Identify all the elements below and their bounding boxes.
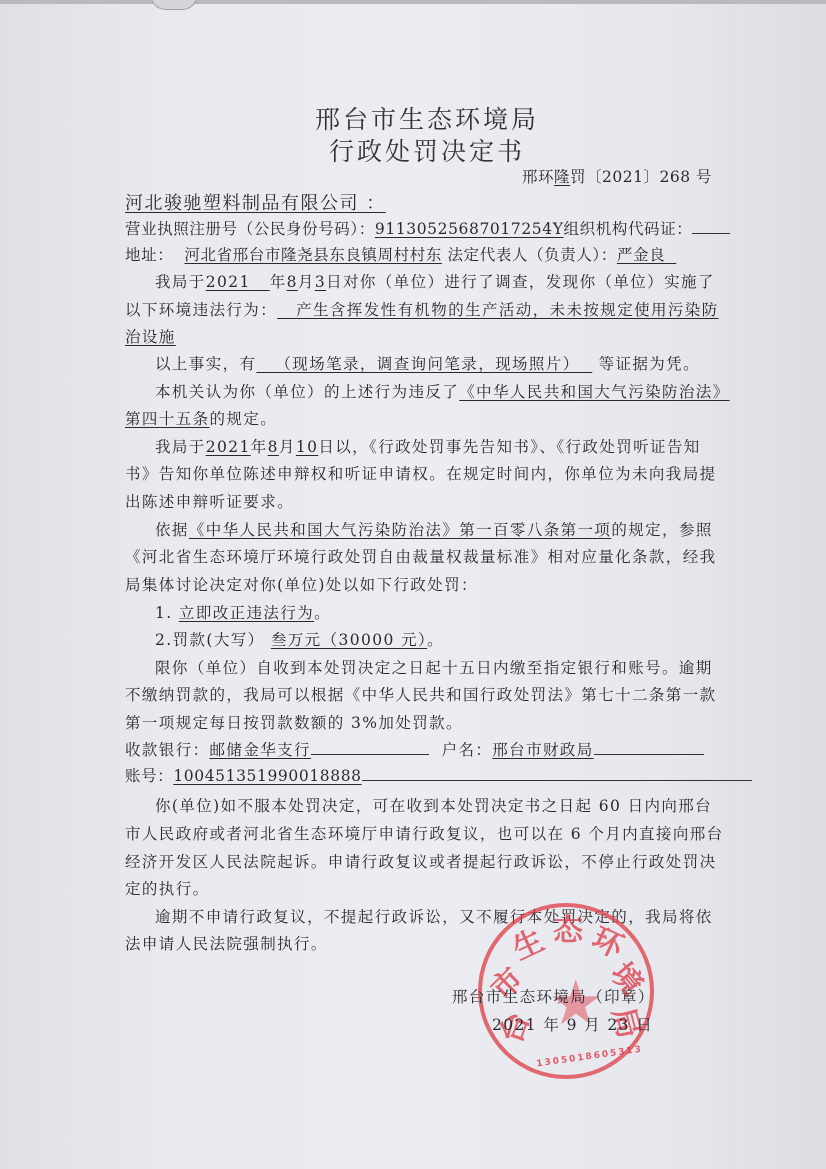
- text: 我局于: [155, 438, 206, 456]
- appeal-line-2: 市人民政府或者河北省生态环境厅申请行政复议，也可以在 6 个月内直接向邢台: [125, 822, 724, 844]
- paragraph-investigation: 我局于2021 年8月3日对你（单位）进行了调查，发现你（单位）实施了: [155, 270, 715, 292]
- enforcement-line-1: 逾期不申请行政复议，不提起行政诉讼，又不履行本处罚决定的，我局将依: [155, 905, 713, 927]
- text: 日对你（单位）进行了调查，发现你（单位）实施了: [326, 273, 715, 291]
- evidence-list: （现场笔录，调查询问笔录，现场照片）: [275, 355, 579, 373]
- agency-title: 邢台市生态环境局: [315, 100, 539, 136]
- paragraph-basis: 依据《中华人民共和国大气污染防治法》第一百零八条第一项的规定，参照: [155, 518, 713, 540]
- basis-line-3: 局集体讨论决定对你(单位)处以如下行政处罚：: [125, 573, 478, 595]
- bank-label: 收款银行：: [125, 741, 210, 759]
- penalty-law-basis: 《中华人民共和国大气污染防治法》第一百零八条第一项: [189, 521, 612, 539]
- text: 。: [314, 604, 331, 622]
- text: 的规定。: [210, 410, 278, 428]
- document-page: 邢台市生态环境局 行政处罚决定书 邢环隆罚〔2021〕268 号 河北骏驰塑料制…: [0, 0, 826, 1169]
- bank-blank: [311, 740, 429, 755]
- text: 的规定，参照: [611, 521, 712, 539]
- payment-deadline-line-2: 不缴纳罚款的，我局可以根据《中华人民共和国行政处罚法》第七十二条第一款: [125, 683, 717, 705]
- violated-article: 第四十五条: [125, 410, 210, 428]
- notice-line-3: 出陈述申辩听证要求。: [125, 490, 294, 512]
- license-value: 91130525687017254Y: [375, 220, 564, 238]
- bank-value: 邮储金华支行: [210, 741, 311, 759]
- notice-year: 2021: [206, 438, 251, 456]
- org-code-label: 组织机构代码证：: [564, 220, 693, 238]
- paragraph-notice: 我局于2021年8月10日以，《行政处罚事先告知书》、《行政处罚听证告知: [155, 435, 701, 457]
- penalty-item-1: 1. 立即改正违法行为。: [155, 601, 331, 623]
- payment-deadline-line-1: 限你（单位）自收到本处罚决定之日起十五日内缴至指定银行和账号。逾期: [155, 656, 713, 678]
- seal-char: 态: [553, 905, 583, 949]
- penalty-item-2: 2.罚款(大写） 叁万元（30000 元）。: [155, 628, 444, 650]
- appeal-line-4: 定的执行。: [125, 877, 210, 899]
- enforcement-line-2: 法申请人民法院强制执行。: [125, 932, 328, 954]
- violation-article-line: 第四十五条的规定。: [125, 407, 277, 429]
- payment-deadline-line-3: 第一项规定每日按罚款数额的 3%加处罚款。: [125, 711, 463, 733]
- violation-line-2: 治设施: [125, 325, 176, 347]
- document-type-title: 行政处罚决定书: [329, 132, 525, 168]
- account-number-value: 100451351990018888: [173, 767, 361, 785]
- org-code-blank: [692, 219, 730, 234]
- account-number-row: 账号：100451351990018888: [125, 764, 752, 786]
- party-name: 河北骏驰塑料制品有限公司 ：: [125, 189, 386, 215]
- doc-number-suffix: 罚〔2021〕268 号: [570, 168, 712, 186]
- item-text: 立即改正违法行为: [179, 604, 314, 622]
- text: 。: [427, 631, 444, 649]
- text: 依据: [155, 521, 189, 539]
- address-value: 河北省邢台市隆尧县东良镇周村村东: [184, 246, 442, 264]
- item-number: 1.: [155, 604, 173, 622]
- fine-label: 2.罚款(大写）: [155, 631, 265, 649]
- investigation-month: 8: [287, 273, 298, 291]
- violated-law: 《中华人民共和国大气污染防治法》: [459, 383, 729, 401]
- text: 以上事实，有: [155, 355, 256, 373]
- investigation-day: 3: [315, 273, 326, 291]
- legal-rep-label: 法定代表人（负责人）：: [448, 246, 617, 264]
- text: 月: [279, 438, 296, 456]
- doc-number-county: 隆: [554, 168, 570, 186]
- license-row: 营业执照注册号（公民身份号码）：91130525687017254Y组织机构代码…: [125, 217, 730, 239]
- account-name-label: 户名：: [442, 741, 493, 759]
- notice-line-2: 书》告知你单位陈述申辩权和听证申请权。在规定时间内，你单位为未向我局提: [125, 462, 717, 484]
- issuer-signature: 邢台市生态环境局（印章）: [452, 985, 655, 1007]
- legal-rep-value: 严金良: [617, 246, 665, 264]
- address-row: 地址： 河北省邢台市隆尧县东良镇周村村东 法定代表人（负责人）：严金良: [125, 243, 676, 265]
- fine-amount: 叁万元（30000 元）: [271, 631, 427, 649]
- account-name-blank: [594, 740, 704, 755]
- notice-month: 8: [268, 438, 279, 456]
- text: 年: [270, 273, 287, 291]
- paragraph-violation-law: 本机关认为你（单位）的上述行为违反了《中华人民共和国大气污染防治法》: [155, 380, 730, 402]
- paragraph-evidence: 以上事实，有 （现场笔录，调查询问笔录，现场照片） 等证据为凭。: [155, 352, 700, 374]
- text: 本机关认为你（单位）的上述行为违反了: [155, 383, 459, 401]
- account-number-blank: [362, 766, 752, 781]
- bank-row: 收款银行：邮储金华支行 户名：邢台市财政局: [125, 738, 704, 760]
- scan-top-edge: [0, 0, 826, 4]
- account-number-label: 账号：: [125, 767, 173, 785]
- address-label: 地址：: [125, 246, 173, 264]
- text: 月: [298, 273, 315, 291]
- text: 我局于: [155, 273, 206, 291]
- violation-line-1: 以下环境违法行为： 产生含挥发性有机物的生产活动，未未按规定使用污染防: [125, 298, 719, 320]
- notice-day: 10: [296, 438, 319, 456]
- violation-description: 产生含挥发性有机物的生产活动，未未按规定使用污染防: [296, 301, 719, 319]
- issue-date: 2021 年 9 月 23 日: [492, 1013, 653, 1035]
- text: 以下环境违法行为：: [125, 301, 277, 319]
- text: 年: [251, 438, 268, 456]
- account-name-value: 邢台市财政局: [492, 741, 593, 759]
- license-label: 营业执照注册号（公民身份号码）：: [125, 220, 375, 238]
- binder-clip-mark: [150, 0, 198, 10]
- appeal-line-1: 你(单位)如不服本处罚决定，可在收到本处罚决定书之日起 60 日内向邢台: [155, 794, 712, 816]
- basis-line-2: 《河北省生态环境厅环境行政处罚自由裁量权裁量标准》相对应量化条款，经我: [125, 545, 717, 567]
- text: 日以，《行政处罚事先告知书》、《行政处罚听证告知: [318, 438, 700, 456]
- doc-number-prefix: 邢环: [522, 168, 554, 186]
- text: 等证据为凭。: [599, 355, 700, 373]
- investigation-year: 2021: [206, 273, 251, 291]
- appeal-line-3: 经济开发区人民法院起诉。申请行政复议或者提起行政诉讼，不停止行政处罚决: [125, 850, 717, 872]
- document-number: 邢环隆罚〔2021〕268 号: [522, 165, 712, 187]
